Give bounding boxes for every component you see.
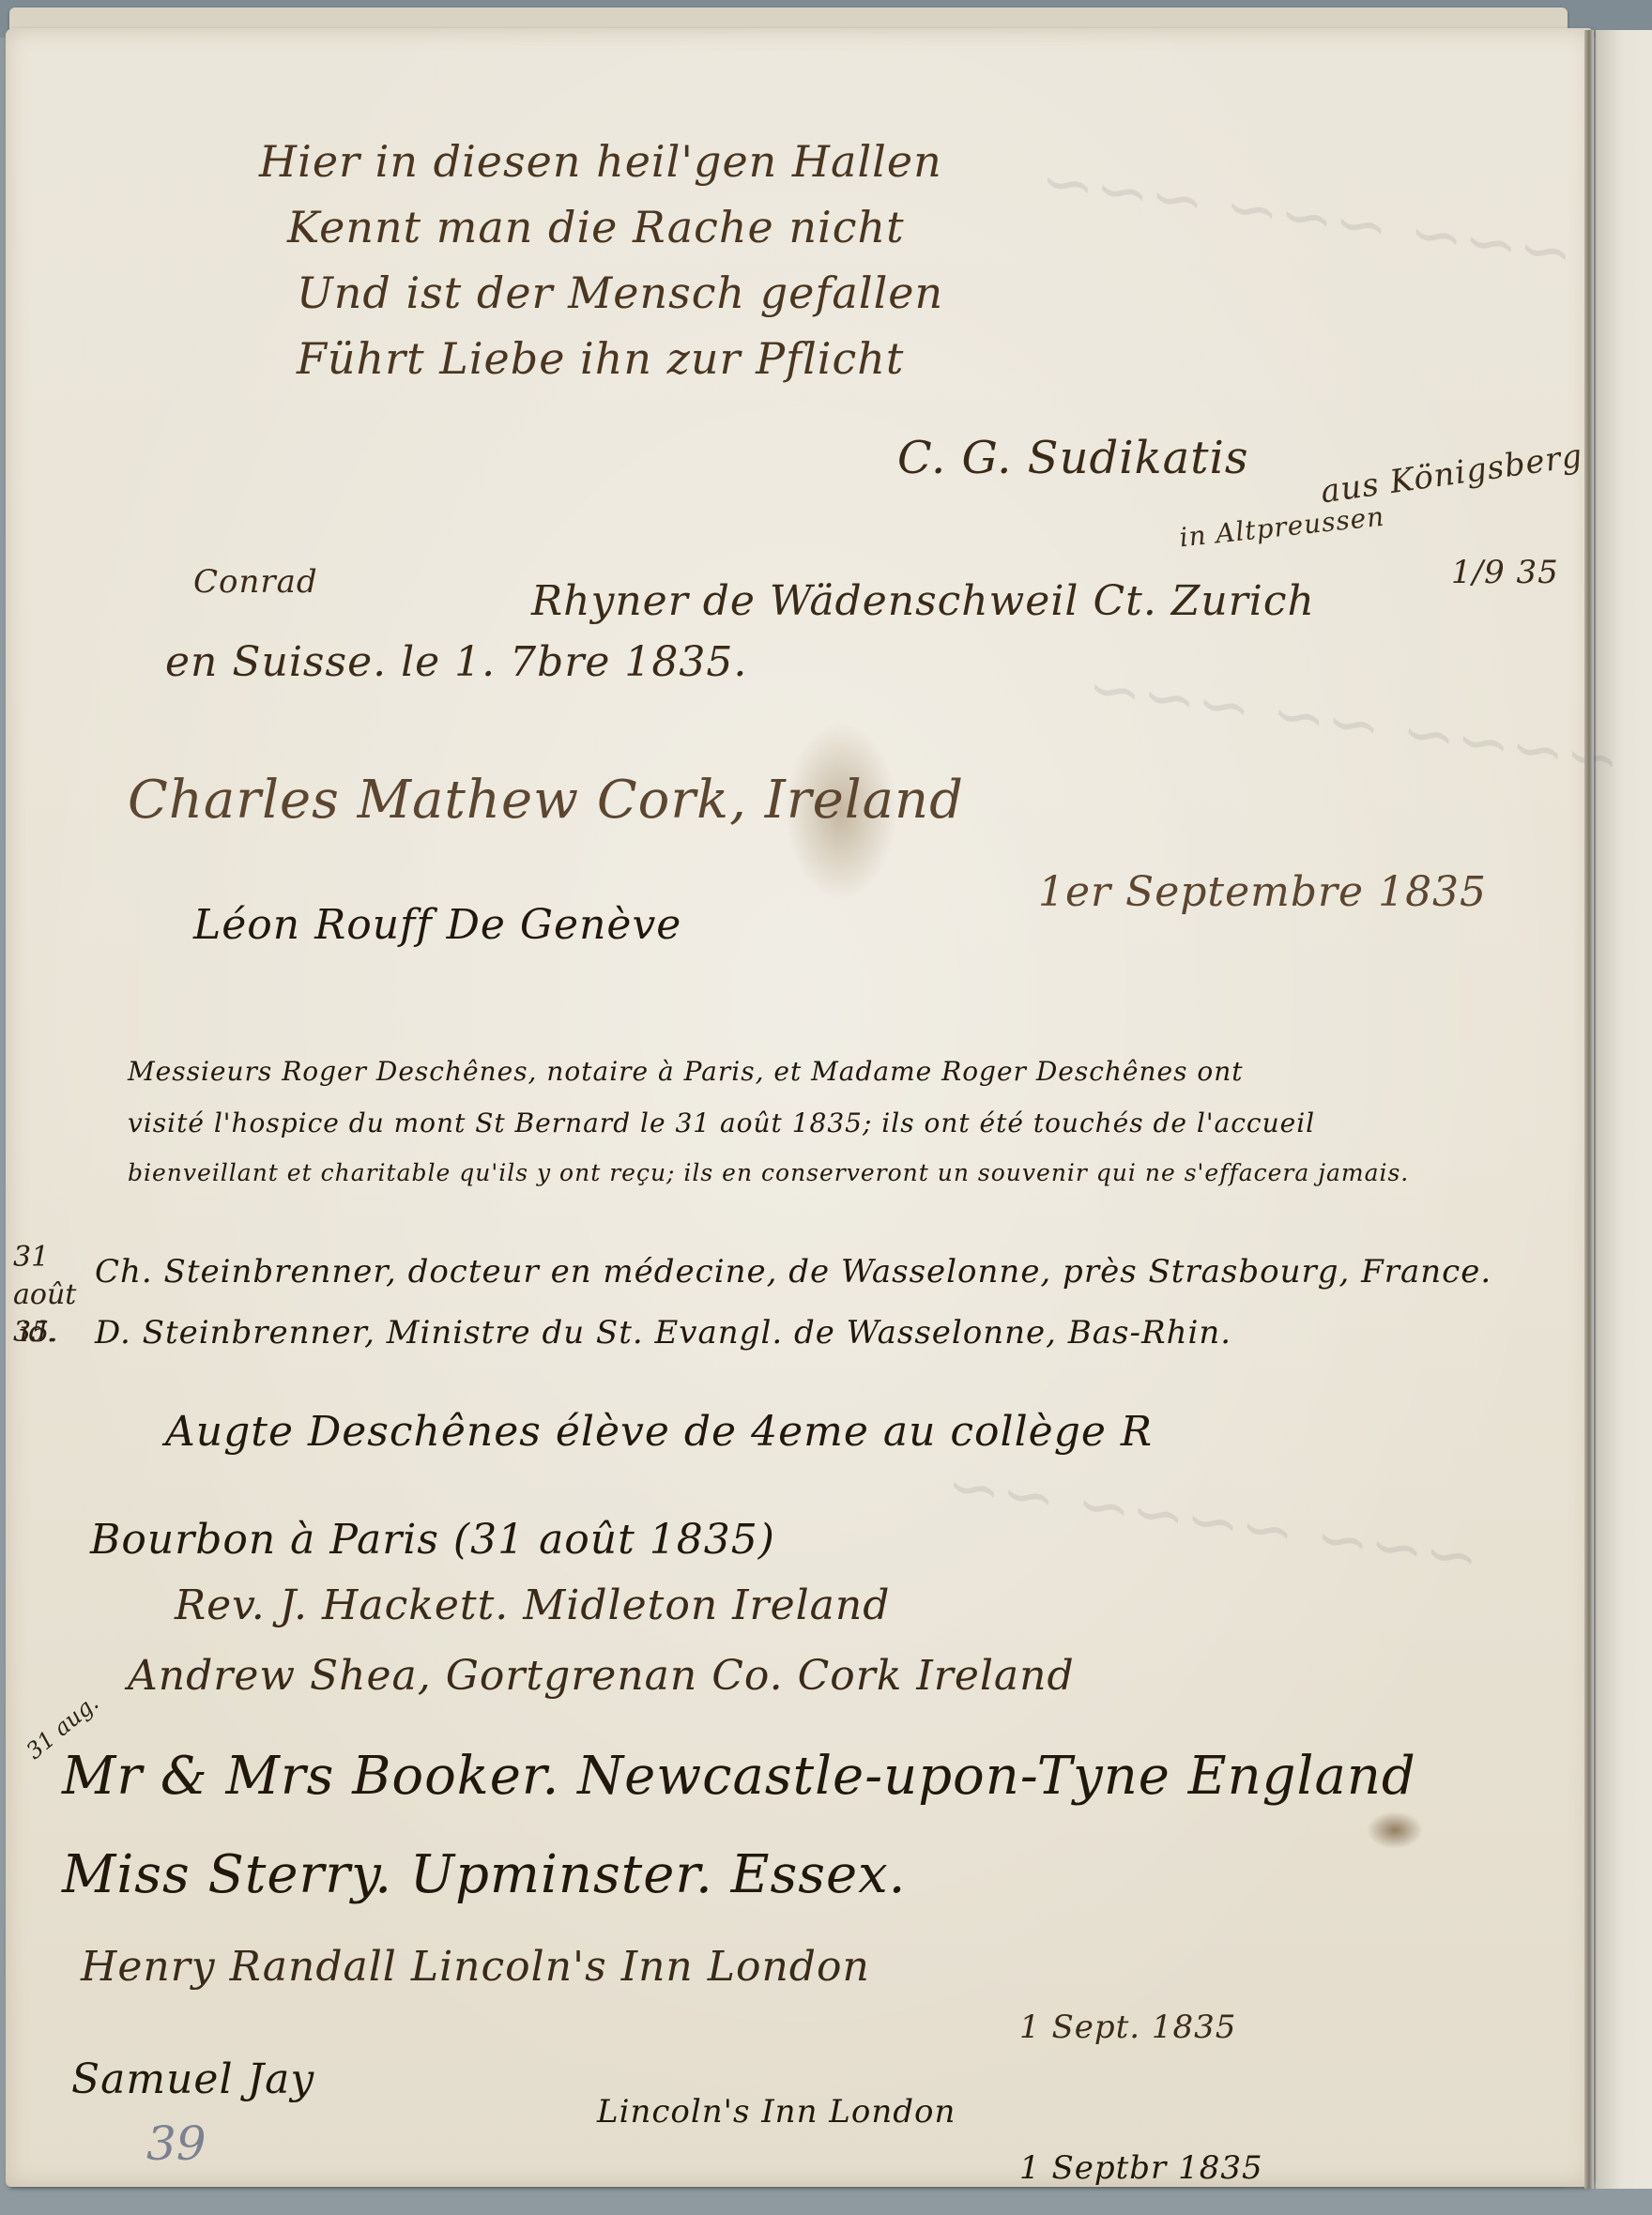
entry-rhyner-line1: Rhyner de Wädenschweil Ct. Zurich	[531, 577, 1315, 625]
margin-id-steinbrenner: id.	[20, 1314, 55, 1352]
entry-randall: Henry Randall Lincoln's Inn London	[81, 1943, 870, 1991]
poem-line-3: Und ist der Mensch gefallen	[297, 267, 943, 318]
ink-blot	[1367, 1811, 1423, 1849]
entry-steinbrenner-d: D. Steinbrenner, Ministre du St. Evangl.…	[95, 1314, 1231, 1352]
entry-deschenes-line3: bienveillant et charitable qu'ils y ont …	[128, 1159, 1409, 1186]
book-gutter	[1584, 30, 1594, 2189]
entry-randall-date: 1 Sept. 1835	[1019, 2009, 1236, 2046]
page-number: 39	[146, 2116, 206, 2171]
entry-sterry: Miss Sterry. Upminster. Essex.	[62, 1844, 906, 1905]
entry-steinbrenner-ch: Ch. Steinbrenner, docteur en médecine, d…	[95, 1253, 1491, 1291]
entry-deschenes-line2: visité l'hospice du mont St Bernard le 3…	[128, 1107, 1315, 1138]
bleed-through-text: ~~~ ~~~~ ~~	[941, 1446, 1484, 1597]
entry-mathew: Charles Mathew Cork, Ireland	[128, 770, 964, 831]
bleed-through-text: ~~~ ~~~ ~~~	[1035, 142, 1578, 293]
entry-aug-deschenes-line2: Bourbon à Paris (31 août 1835)	[90, 1516, 775, 1564]
register-page: ~~~ ~~~ ~~~ ~~~~ ~~ ~~~ ~~~ ~~~~ ~~ Hier…	[6, 28, 1592, 2187]
entry-deschenes-line1: Messieurs Roger Deschênes, notaire à Par…	[128, 1056, 1244, 1087]
entry-booker: Mr & Mrs Booker. Newcastle-upon-Tyne Eng…	[62, 1746, 1416, 1807]
entry-jay-date: 1 Septbr 1835	[1019, 2149, 1263, 2187]
entry-rouff: Léon Rouff De Genève	[193, 901, 681, 949]
facing-page-edge	[1596, 30, 1652, 2189]
poem-line-4: Führt Liebe ihn zur Pflicht	[297, 333, 904, 384]
poem-line-1: Hier in diesen heil'gen Hallen	[259, 136, 942, 187]
entry-mathew-date: 1er Septembre 1835	[1038, 868, 1487, 916]
entry-rhyner-first: Conrad	[193, 563, 318, 601]
poem-date: 1/9 35	[1451, 554, 1559, 591]
entry-hackett: Rev. J. Hackett. Midleton Ireland	[175, 1581, 890, 1629]
entry-rhyner-line2: en Suisse. le 1. 7bre 1835.	[165, 638, 747, 686]
poem-line-2: Kennt man die Rache nicht	[287, 202, 905, 252]
poem-signature: C. G. Sudikatis	[897, 432, 1249, 484]
entry-shea: Andrew Shea, Gortgrenan Co. Cork Ireland	[128, 1652, 1075, 1700]
entry-jay-name: Samuel Jay	[71, 2055, 314, 2103]
poem-origin-1: aus Königsberg	[1319, 437, 1585, 512]
poem-origin-2: in Altpreussen	[1178, 501, 1386, 554]
entry-aug-deschenes-line1: Augte Deschênes élève de 4eme au collège…	[165, 1408, 1153, 1456]
bleed-through-text: ~~~~ ~~ ~~~	[1082, 649, 1625, 800]
entry-jay-place: Lincoln's Inn London	[597, 2093, 956, 2131]
